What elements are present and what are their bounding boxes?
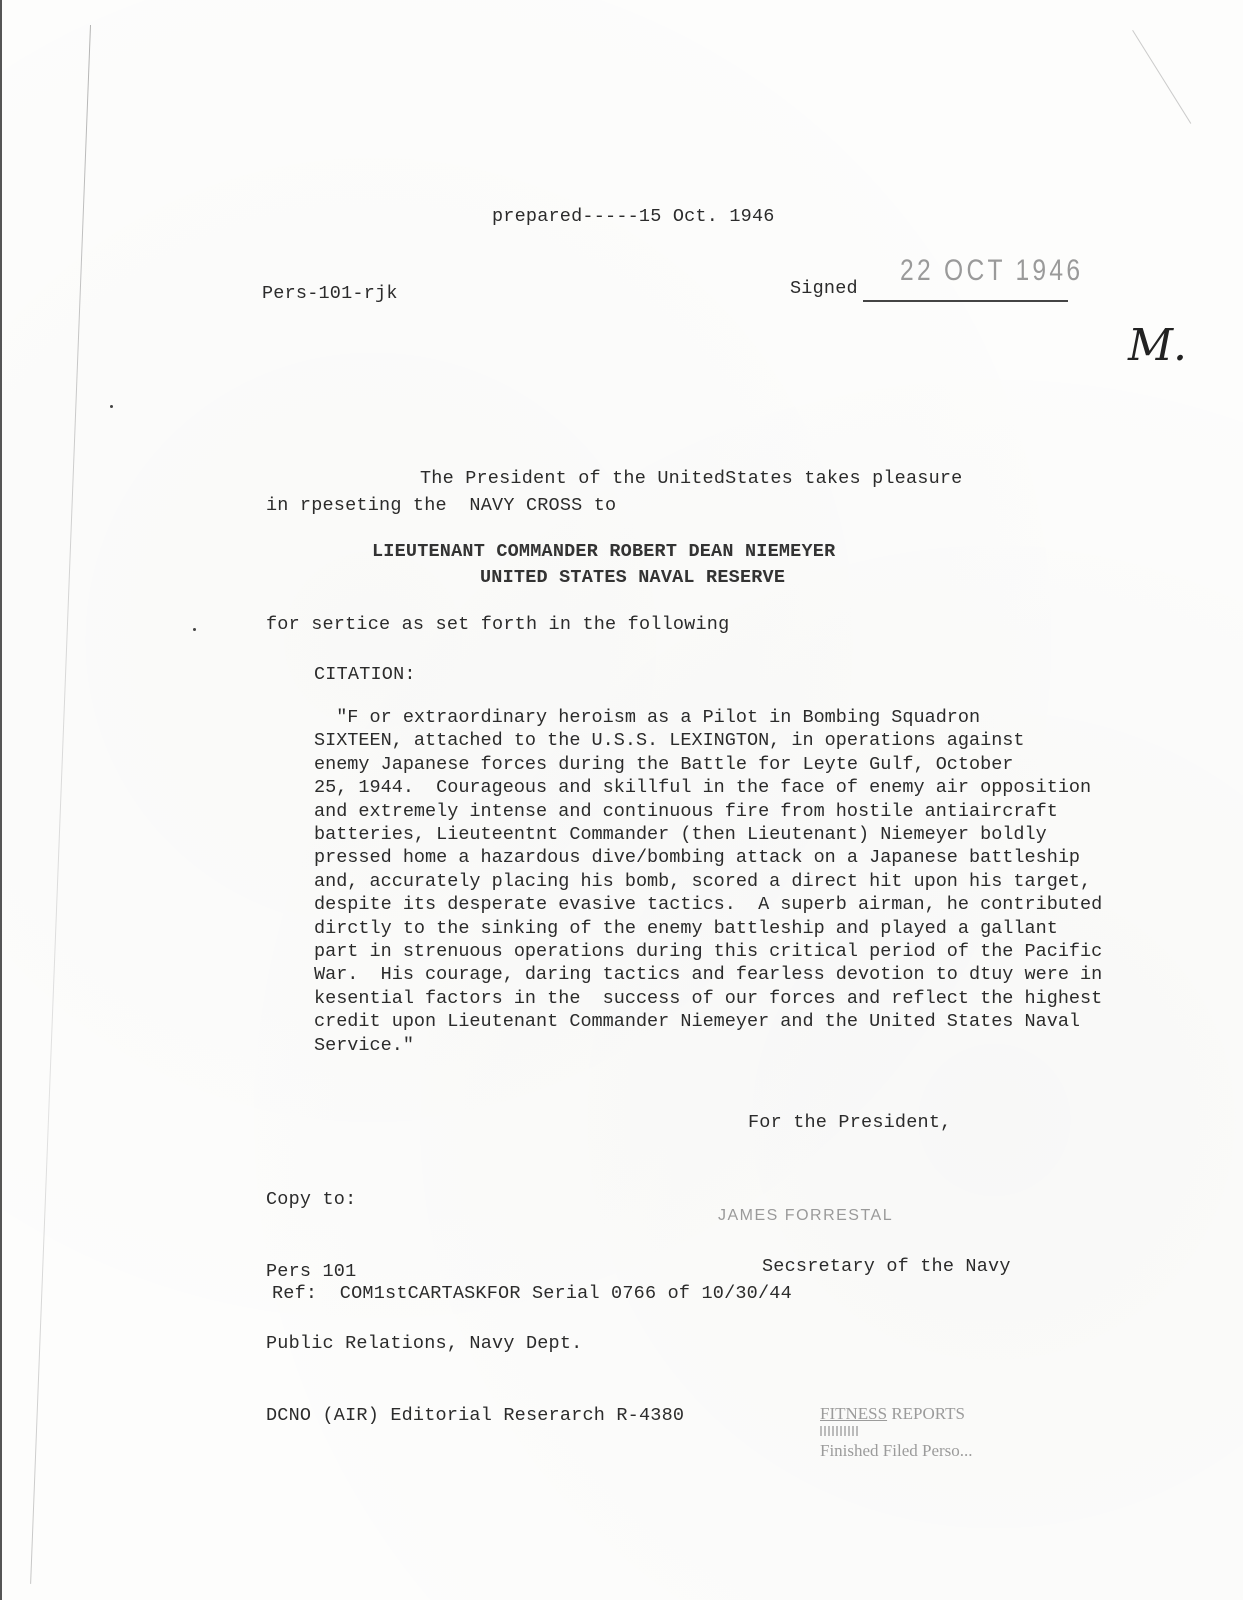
citation-text: "F or extraordinary heroism as a Pilot i…: [314, 706, 1174, 1057]
speck: [110, 405, 113, 408]
signed-label: Signed: [790, 278, 858, 299]
document-page: prepared-----15 Oct. 1946 Pers-101-rjk S…: [0, 0, 1243, 1600]
scan-edge: [0, 0, 2, 1600]
copy-to-label: Copy to:: [266, 1188, 684, 1212]
citation-line: pressed home a hazardous dive/bombing at…: [314, 846, 1174, 869]
fold-line: [30, 25, 91, 1584]
copy-to-recipient: Public Relations, Navy Dept.: [266, 1332, 684, 1356]
citation-line: Service.": [314, 1034, 1174, 1057]
signature-line: [863, 300, 1068, 302]
speck: [193, 628, 196, 631]
citation-line: part in strenuous operations during this…: [314, 940, 1174, 963]
citation-line: enemy Japanese forces during the Battle …: [314, 753, 1174, 776]
filing-stamp-rest: REPORTS: [887, 1404, 965, 1423]
citation-line: dirctly to the sinking of the enemy batt…: [314, 917, 1174, 940]
citation-line: kesential factors in the success of our …: [314, 987, 1174, 1010]
intro-line-2: in rpeseting the NAVY CROSS to: [266, 495, 616, 516]
citation-line: 25, 1944. Courageous and skillful in the…: [314, 776, 1174, 799]
citation-line: War. His courage, daring tactics and fea…: [314, 963, 1174, 986]
prepared-date: prepared-----15 Oct. 1946: [492, 206, 775, 227]
corner-crease: [1132, 30, 1191, 124]
for-the-president: For the President,: [748, 1112, 951, 1133]
filing-stamp-line-2: Finished Filed Perso...: [820, 1441, 973, 1460]
stamp-smudge: [820, 1426, 860, 1436]
copy-to-recipient: Pers 101: [266, 1260, 684, 1284]
citation-line: SIXTEEN, attached to the U.S.S. LEXINGTO…: [314, 729, 1174, 752]
copy-to-block: Copy to: Pers 101 Public Relations, Navy…: [266, 1140, 684, 1476]
citation-line: and extremely intense and continuous fir…: [314, 800, 1174, 823]
signatory-name-stamp: JAMES FORRESTAL: [718, 1207, 893, 1225]
citation-line: credit upon Lieutenant Commander Niemeye…: [314, 1010, 1174, 1033]
filing-stamp-underlined: FITNESS: [820, 1404, 887, 1423]
citation-label: CITATION:: [314, 664, 416, 685]
citation-line: "F or extraordinary heroism as a Pilot i…: [314, 706, 1174, 729]
filing-stamp: FITNESS REPORTS Finished Filed Perso...: [820, 1405, 973, 1460]
citation-line: batteries, Lieuteentnt Commander (then L…: [314, 823, 1174, 846]
recipient-name: LIEUTENANT COMMANDER ROBERT DEAN NIEMEYE…: [372, 541, 835, 562]
copy-to-recipient: DCNO (AIR) Editorial Reserarch R-4380: [266, 1404, 684, 1428]
handwritten-initials: M.: [1128, 320, 1187, 371]
signed-date-stamp: 22 OCT 1946: [900, 254, 1083, 288]
reference-code: Pers-101-rjk: [262, 283, 398, 304]
intro-line-1: The President of the UnitedStates takes …: [420, 468, 963, 489]
recipient-unit: UNITED STATES NAVAL RESERVE: [480, 567, 785, 588]
service-line: for sertice as set forth in the followin…: [266, 614, 729, 635]
citation-line: and, accurately placing his bomb, scored…: [314, 870, 1174, 893]
signatory-title: Secsretary of the Navy: [762, 1256, 1011, 1277]
citation-line: despite its desperate evasive tactics. A…: [314, 893, 1174, 916]
reference-line: Ref: COM1stCARTASKFOR Serial 0766 of 10/…: [272, 1283, 792, 1304]
